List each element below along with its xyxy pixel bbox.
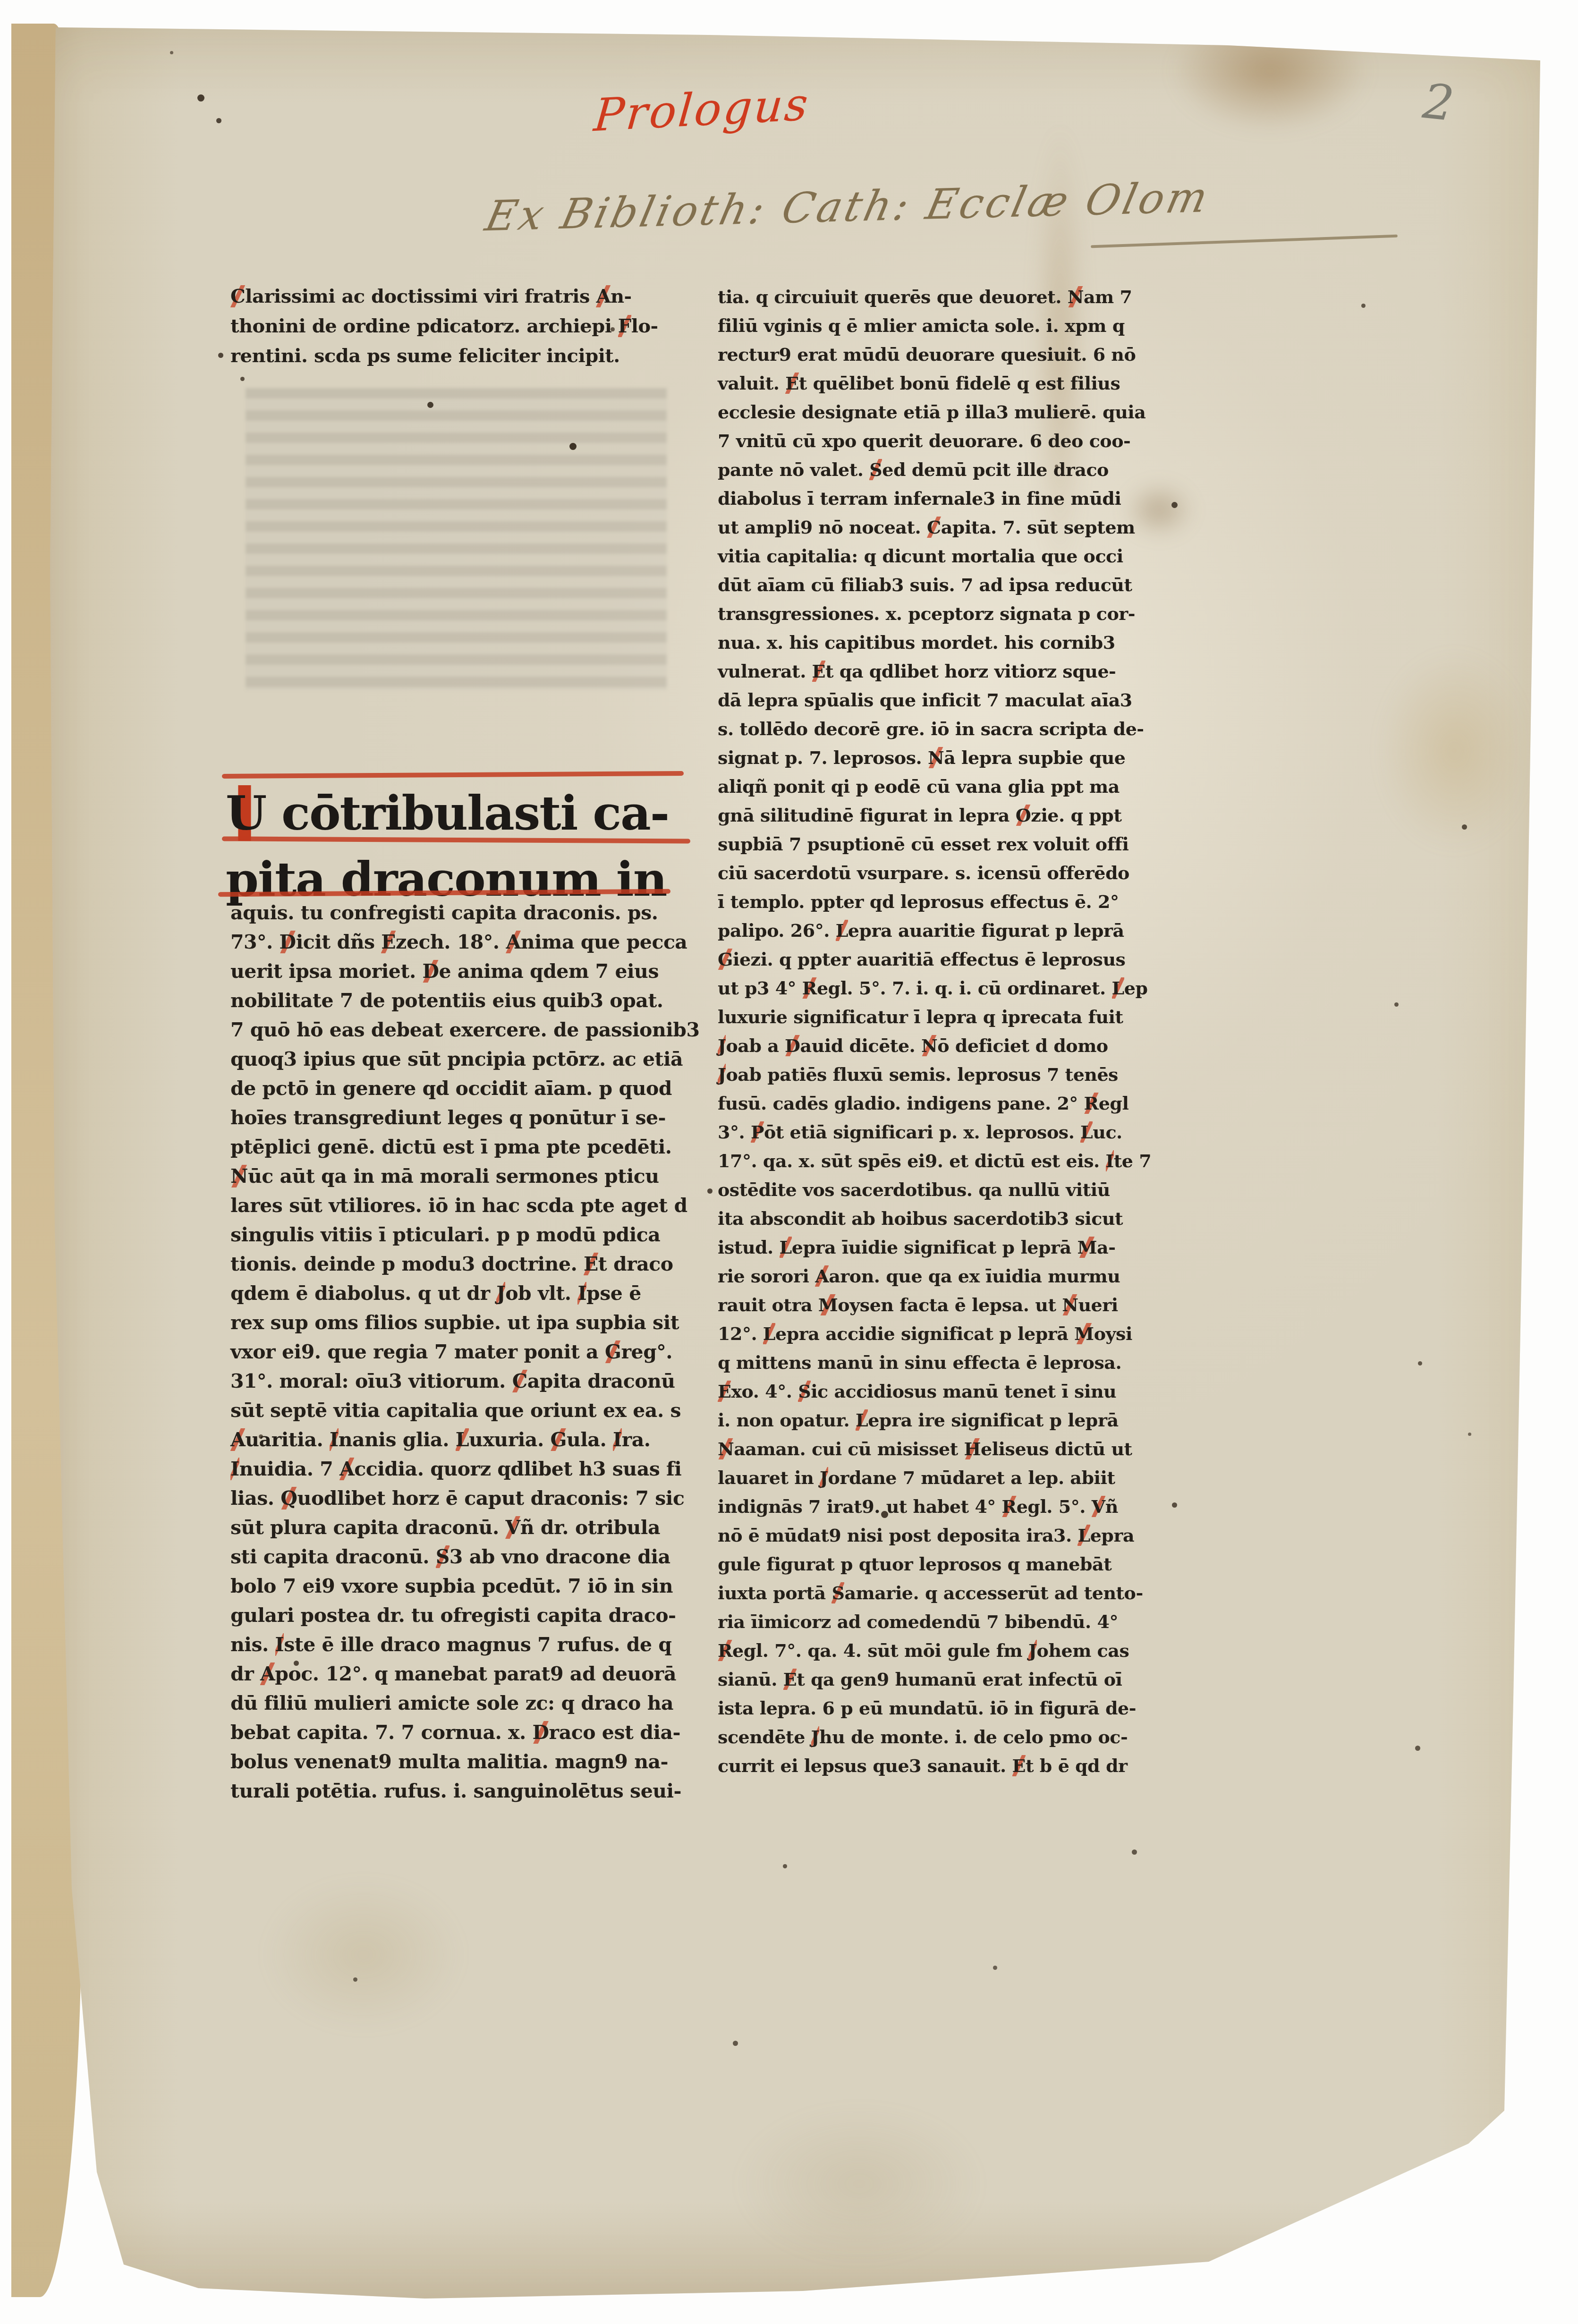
text-line: 7 vnitū cū xpo querit deuorare. 6 deo co… [718, 426, 1223, 455]
text-line: lauaret in Jordane 7 mūdaret a lep. abii… [718, 1463, 1223, 1492]
text-line: s. tollēdo decorē gre. iō in sacra scrip… [718, 714, 1223, 743]
text-line: Exo. 4°. Sic accidiosus manū tenet ī sin… [718, 1377, 1223, 1406]
text-line: U cōtribulasti ca- [226, 780, 688, 846]
rubricated-capital: N [928, 747, 944, 768]
text-line: supbiā 7 psuptionē cū esset rex voluit o… [718, 830, 1223, 858]
text-line: Joab a Dauid dicēte. Nō deficiet d domo [718, 1031, 1223, 1060]
text-line: vulnerat. Et qa qdlibet horz vitiorz squ… [718, 657, 1223, 686]
text-line: rectur9 erat mūdū deuorare quesiuit. 6 n… [718, 340, 1223, 369]
text-column-right: tia. q circuiuit querēs que deuoret. Nam… [718, 282, 1223, 1780]
text-line: quoq3 ipius que sūt pncipia pctōrz. ac e… [230, 1044, 684, 1074]
book-scan: Prologus 2 Ex Biblioth: Cath: Ecclæ Olom… [0, 0, 1578, 2324]
rubricated-capital: J [496, 1282, 505, 1305]
discoloration-stain [1379, 652, 1530, 850]
rubricated-capital: O [1016, 805, 1031, 826]
text-line: dr Apoc. 12°. q manebat parat9 ad deuorā [230, 1659, 684, 1688]
rubricated-capital: G [550, 1428, 567, 1451]
rubricated-capital: S [869, 459, 882, 480]
wormholes-and-specks [197, 94, 204, 102]
rubricated-capital: A [260, 1662, 275, 1685]
rubricated-capital: E [381, 931, 396, 953]
rubricated-capital: L [856, 1409, 868, 1431]
rubricated-capital: L [456, 1428, 469, 1451]
text-line: gule figurat p qtuor leprosos q manebāt [718, 1550, 1223, 1578]
text-line: Naaman. cui cū misisset Heliseus dictū u… [718, 1434, 1223, 1463]
text-line: bolus venenat9 multa malitia. magn9 na- [230, 1747, 684, 1776]
rubricated-capital: A [815, 1265, 829, 1287]
rubricated-capital: N [718, 1438, 734, 1459]
text-line: rex sup oms filios supbie. ut ipa supbia… [230, 1308, 684, 1337]
text-line: bebat capita. 7. 7 cornua. x. Draco est … [230, 1718, 684, 1747]
text-line: gnā silitudinē figurat in lepra Ozie. q … [718, 801, 1223, 830]
rubricated-capital: N [1062, 1294, 1078, 1315]
rubricated-capital: I [330, 1428, 339, 1451]
text-line: vitia capitalia: q dicunt mortalia que o… [718, 542, 1223, 570]
rubricated-capital: G [718, 949, 733, 970]
text-line: ciū sacerdotū vsurpare. s. icensū offerē… [718, 858, 1223, 887]
text-line: turali potētia. rufus. i. sanguinolētus … [230, 1776, 684, 1806]
text-line: Giezi. q ppter auaritiā effectus ē lepro… [718, 945, 1223, 974]
text-line: de pctō in genere qd occidit aīam. p quo… [230, 1074, 684, 1103]
text-line: ut p3 4° Regl. 5°. 7. i. q. i. cū ordina… [718, 974, 1223, 1002]
text-line: Auaritia. Inanis glia. Luxuria. Gula. Ir… [230, 1425, 684, 1454]
rubricated-capital: I [1106, 1150, 1114, 1171]
rubricated-capital: N [921, 1035, 937, 1056]
rubricated-capital: D [785, 1035, 800, 1056]
ink-stain [1171, 9, 1369, 132]
rubricated-capital: A [230, 1428, 245, 1451]
text-line: pante nō valet. Sed demū pcit ille draco [718, 455, 1223, 484]
rubricated-capital: E [1012, 1755, 1026, 1776]
rubricated-capital: R [802, 977, 817, 999]
text-line: lares sūt vtiliores. iō in hac scda pte … [230, 1191, 684, 1220]
text-line: q mittens manū in sinu effecta ē leprosa… [718, 1348, 1223, 1377]
text-line: hoīes transgrediunt leges q ponūtur ī se… [230, 1103, 684, 1132]
discoloration-stain [264, 1879, 463, 2030]
text-line: filiū vginis q ē mlier amicta sole. i. x… [718, 311, 1223, 340]
rubricated-capital: I [230, 1458, 239, 1480]
rubricated-capital: V [505, 1516, 520, 1539]
text-line: 7 quō hō eas debeat exercere. de passion… [230, 1015, 684, 1044]
text-line: nō ē mūdat9 nisi post deposita ira3. Lep… [718, 1521, 1223, 1550]
text-line: Joab patiēs fluxū semis. leprosus 7 tenē… [718, 1060, 1223, 1089]
rubricated-capital: D [422, 960, 439, 983]
rubricated-capital: H [964, 1438, 981, 1459]
rubricated-capital: M [1074, 1323, 1094, 1344]
text-line: palipo. 26°. Lepra auaritie figurat p le… [718, 916, 1223, 945]
rubricated-capital: J [820, 1467, 828, 1488]
text-line: tia. q circuiuit querēs que deuoret. Nam… [718, 282, 1223, 311]
text-line: 73°. Dicit dñs Ezech. 18°. Anima que pec… [230, 927, 684, 957]
text-line: ī templo. ppter qd leprosus effectus ē. … [718, 887, 1223, 916]
text-line: fusū. cadēs gladio. indigens pane. 2° Re… [718, 1089, 1223, 1118]
rubricated-capital: L [836, 920, 848, 941]
rubricated-capital: I [577, 1282, 586, 1305]
rubricated-capital: D [533, 1721, 549, 1744]
rubricated-capital: E [783, 1669, 797, 1690]
inscription-underline-flourish [1091, 235, 1398, 248]
text-line: bolo 7 ei9 vxore supbia pcedūt. 7 iō in … [230, 1571, 684, 1601]
text-line: ut ampli9 nō noceat. Capita. 7. sūt sept… [718, 513, 1223, 542]
text-line: sti capita draconū. S3 ab vno dracone di… [230, 1542, 684, 1571]
rubricated-capital: J [1028, 1640, 1036, 1661]
rubricated-capital: L [1077, 1525, 1090, 1546]
rubricated-capital: I [275, 1633, 284, 1656]
text-line: uerit ipsa moriet. De anima qdem 7 eius [230, 957, 684, 986]
rubricated-capital: E [718, 1381, 731, 1402]
folio-number: 2 [1420, 73, 1457, 132]
rubricated-capital: C [927, 517, 941, 538]
text-line: sūt plura capita draconū. Vñ dr. otribul… [230, 1513, 684, 1542]
rubricated-capital: R [1084, 1093, 1099, 1114]
discoloration-stain [737, 2106, 982, 2262]
text-line: vxor ei9. que regia 7 mater ponit a Greg… [230, 1337, 684, 1366]
text-line: 31°. moral: oīu3 vitiorum. Capita dracon… [230, 1366, 684, 1396]
rubricated-capital: R [1002, 1496, 1017, 1517]
text-line: luxurie significatur ī lepra q iprecata … [718, 1002, 1223, 1031]
text-line: valuit. Et quēlibet bonū fidelē q est fi… [718, 369, 1223, 398]
text-line: 3°. Pōt etiā significari p. x. leprosos.… [718, 1118, 1223, 1146]
text-line: diabolus ī terram infernale3 in fine mūd… [718, 484, 1223, 513]
text-line: aliqñ ponit qi p eodē cū vana glia ppt m… [718, 772, 1223, 801]
rubricated-capital: S [831, 1582, 844, 1603]
ownership-inscription: Ex Biblioth: Cath: Ecclæ Olom [481, 173, 1215, 241]
rubricated-capital: E [584, 1253, 598, 1275]
text-line: thonini de ordine pdicatorz. archiepi Fl… [230, 311, 684, 341]
text-line: qdem ē diabolus. q ut dr Job vlt. Ipse ē [230, 1279, 684, 1308]
rubricated-capital: V [1092, 1496, 1105, 1517]
text-line: i. non opatur. Lepra ire significat p le… [718, 1406, 1223, 1434]
rubric-rule-top [222, 771, 684, 779]
incipit-paragraph: Clarissimi ac doctissimi viri fratris An… [230, 281, 684, 371]
rubricated-capital: L [780, 1237, 792, 1258]
text-line: transgressiones. x. pceptorz signata p c… [718, 599, 1223, 628]
text-line: ria īimicorz ad comedendū 7 bibendū. 4° [718, 1607, 1223, 1636]
text-line: singulis vitiis ī pticulari. p p modū pd… [230, 1220, 684, 1249]
text-column-left: aquis. tu confregisti capita draconis. p… [230, 898, 684, 1806]
text-line: sianū. Et qa gen9 humanū erat infectū oī [718, 1665, 1223, 1694]
text-line: tionis. deinde p modu3 doctrine. Et drac… [230, 1249, 684, 1279]
text-line: dā lepra spūalis que inficit 7 maculat a… [718, 686, 1223, 714]
rubricated-initial: U [226, 785, 266, 841]
text-line: nua. x. his capitibus mordet. his cornib… [718, 628, 1223, 657]
text-line: ecclesie designate etiā p illa3 mulierē.… [718, 398, 1223, 426]
text-line: rauit otra Moysen facta ē lepsa. ut Nuer… [718, 1290, 1223, 1319]
rubricated-capital: N [230, 1165, 248, 1187]
text-line: ptēplici genē. dictū est ī pma pte pcedē… [230, 1132, 684, 1162]
rubricated-capital: L [763, 1323, 775, 1344]
rubricated-capital: A [596, 285, 611, 307]
text-line: Nūc aūt qa in mā morali sermones pticu [230, 1162, 684, 1191]
text-line: aquis. tu confregisti capita draconis. p… [230, 898, 684, 927]
text-line: ista lepra. 6 p eū mundatū. iō in figurā… [718, 1694, 1223, 1722]
rubricated-capital: P [751, 1121, 764, 1143]
rubricated-capital: L [1112, 977, 1124, 999]
text-line: scendēte Jhu de monte. i. de celo pmo oc… [718, 1722, 1223, 1751]
parchment-page: Prologus 2 Ex Biblioth: Cath: Ecclæ Olom… [0, 0, 1578, 2324]
rubricated-capital: M [1077, 1237, 1097, 1258]
rubricated-capital: A [506, 931, 520, 953]
text-line: indignās 7 irat9. ut habet 4° Regl. 5°. … [718, 1492, 1223, 1521]
text-line: dū filiū mulieri amicte sole zc: q draco… [230, 1688, 684, 1718]
text-line: currit ei lepsus que3 sanauit. Et b ē qd… [718, 1751, 1223, 1780]
text-line: nis. Iste ē ille draco magnus 7 rufus. d… [230, 1630, 684, 1659]
rubricated-capital: E [785, 373, 798, 394]
text-line: ita abscondit ab hoibus sacerdotib3 sicu… [718, 1204, 1223, 1233]
rubricated-capital: J [718, 1035, 726, 1056]
rubricated-capital: D [280, 931, 296, 953]
verso-text-showthrough [246, 388, 667, 690]
text-line: 12°. Lepra accidie significat p leprā Mo… [718, 1319, 1223, 1348]
rubricated-capital: L [1080, 1121, 1093, 1143]
rubricated-capital: A [339, 1458, 354, 1480]
text-line: rie sorori Aaron. que qa ex īuidia murmu [718, 1262, 1223, 1290]
text-line: lias. Quodlibet horz ē caput draconis: 7… [230, 1484, 684, 1513]
running-title-manuscript: Prologus [592, 78, 812, 142]
text-line: gulari postea dr. tu ofregisti capita dr… [230, 1601, 684, 1630]
rubricated-capital: N [1068, 286, 1084, 307]
rubricated-capital: E [812, 661, 825, 682]
rubricated-capital: C [512, 1370, 527, 1392]
rubricated-capital: M [818, 1294, 838, 1315]
text-line: signat p. 7. leprosos. Nā lepra supbie q… [718, 743, 1223, 772]
rubricated-capital: I [613, 1428, 622, 1451]
rubricated-capital: G [605, 1340, 621, 1363]
text-line: dūt aīam cū filiab3 suis. 7 ad ipsa redu… [718, 570, 1223, 599]
text-line: Inuidia. 7 Accidia. quorz qdlibet h3 sua… [230, 1454, 684, 1484]
text-line: Regl. 7°. qa. 4. sūt mōi gule fm Johem c… [718, 1636, 1223, 1665]
text-line: Clarissimi ac doctissimi viri fratris An… [230, 281, 684, 311]
rubricated-capital: F [618, 315, 631, 337]
rubricated-capital: R [718, 1640, 732, 1661]
text-line: nobilitate 7 de potentiis eius quib3 opa… [230, 986, 684, 1015]
rubricated-capital: J [718, 1064, 726, 1085]
rubricated-capital: J [811, 1726, 819, 1747]
text-line: istud. Lepra īuidie significat p leprā M… [718, 1233, 1223, 1262]
rubricated-capital: S [798, 1381, 811, 1402]
rubricated-capital: Q [280, 1487, 297, 1510]
text-line: sūt septē vitia capitalia que oriunt ex … [230, 1396, 684, 1425]
text-line: ostēdite vos sacerdotibus. qa nullū viti… [718, 1175, 1223, 1204]
rubricated-capital: C [230, 285, 245, 307]
text-line: rentini. scda ps sume feliciter incipit. [230, 341, 684, 371]
text-line: iuxta portā Samarie. q accesserūt ad ten… [718, 1578, 1223, 1607]
rubricated-capital: S [436, 1545, 450, 1568]
text-line: 17°. qa. x. sūt spēs ei9. et dictū est e… [718, 1146, 1223, 1175]
